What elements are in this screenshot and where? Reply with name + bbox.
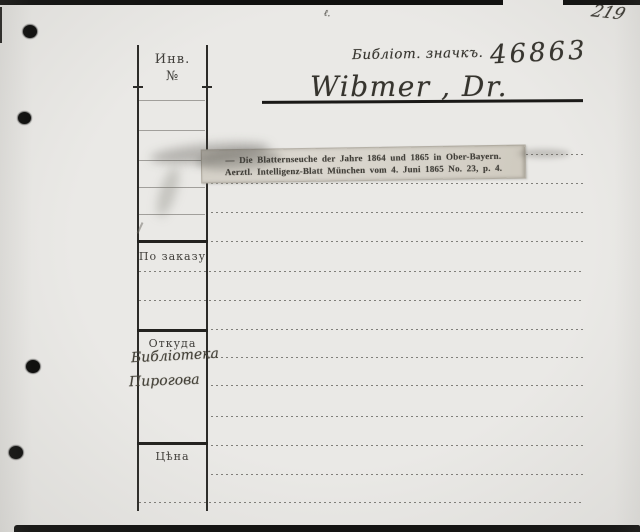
column-rule-line — [139, 100, 205, 101]
column-rule-line — [139, 130, 205, 131]
library-catalog-card-scan: Инв. № По заказу Откуда Цѣна 219 ℓ. Библ… — [0, 0, 640, 532]
column-rule-line — [139, 187, 205, 188]
field-label-inventory-line2: № — [137, 69, 208, 84]
handwritten-origin-line2: Пирогова — [129, 372, 200, 390]
scan-edge-artifact — [0, 7, 2, 43]
section-divider — [137, 442, 208, 445]
ruled-line — [211, 357, 584, 358]
column-rule-line — [139, 160, 205, 161]
ruled-line — [211, 183, 584, 184]
pasted-title-slip: — Die Blatternseuche der Jahre 1864 und … — [201, 144, 526, 183]
punch-hole — [18, 112, 31, 124]
punch-hole — [9, 446, 23, 459]
scan-border-top-gap — [503, 0, 563, 6]
handwritten-library-mark-label: Библіот. значкъ. — [352, 45, 484, 63]
punch-hole — [23, 25, 37, 38]
ruled-line — [211, 212, 584, 213]
ruled-line — [211, 445, 584, 446]
handwritten-library-mark-number: 46863 — [489, 35, 588, 70]
pen-mark: ℓ. — [323, 8, 331, 20]
field-label-inventory-line1: Инв. — [137, 52, 208, 67]
header-tick-mark — [202, 86, 212, 88]
ruled-line — [211, 241, 584, 242]
ruled-line — [211, 474, 584, 475]
handwritten-author-heading: Wibmer , Dr. — [310, 70, 508, 103]
field-label-by-order: По заказу — [137, 250, 208, 263]
ink-smudge — [152, 165, 183, 219]
section-divider — [137, 329, 208, 332]
scan-border-bottom — [14, 525, 640, 532]
handwritten-page-number: 219 — [589, 2, 628, 25]
punch-hole — [26, 360, 40, 373]
ruled-line — [211, 329, 584, 330]
section-divider — [137, 240, 208, 243]
field-label-price: Цѣна — [137, 450, 208, 463]
ruled-line — [211, 385, 584, 386]
header-tick-mark — [133, 86, 143, 88]
column-rule-line — [139, 214, 205, 215]
ruled-line — [211, 416, 584, 417]
